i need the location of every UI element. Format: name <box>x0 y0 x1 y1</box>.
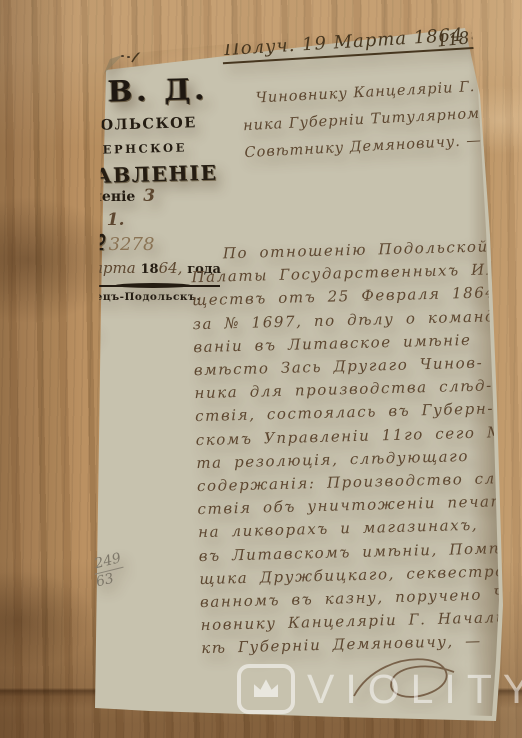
signature-flourish <box>348 652 458 704</box>
body-text: По отношенію ПодольскойПалаты Государств… <box>191 235 520 661</box>
received-number: 118 <box>436 28 470 51</box>
department-value: 3 <box>143 186 155 206</box>
document-number: 3278 <box>109 234 155 255</box>
date-century: 18 <box>140 262 158 277</box>
rule-swell <box>115 283 190 288</box>
date-year: 64, <box>159 259 183 277</box>
photo-frame: Получ. 19 Марта 1864 г. 118 Чиновнику Ка… <box>0 0 522 738</box>
ink-speck <box>121 55 124 57</box>
